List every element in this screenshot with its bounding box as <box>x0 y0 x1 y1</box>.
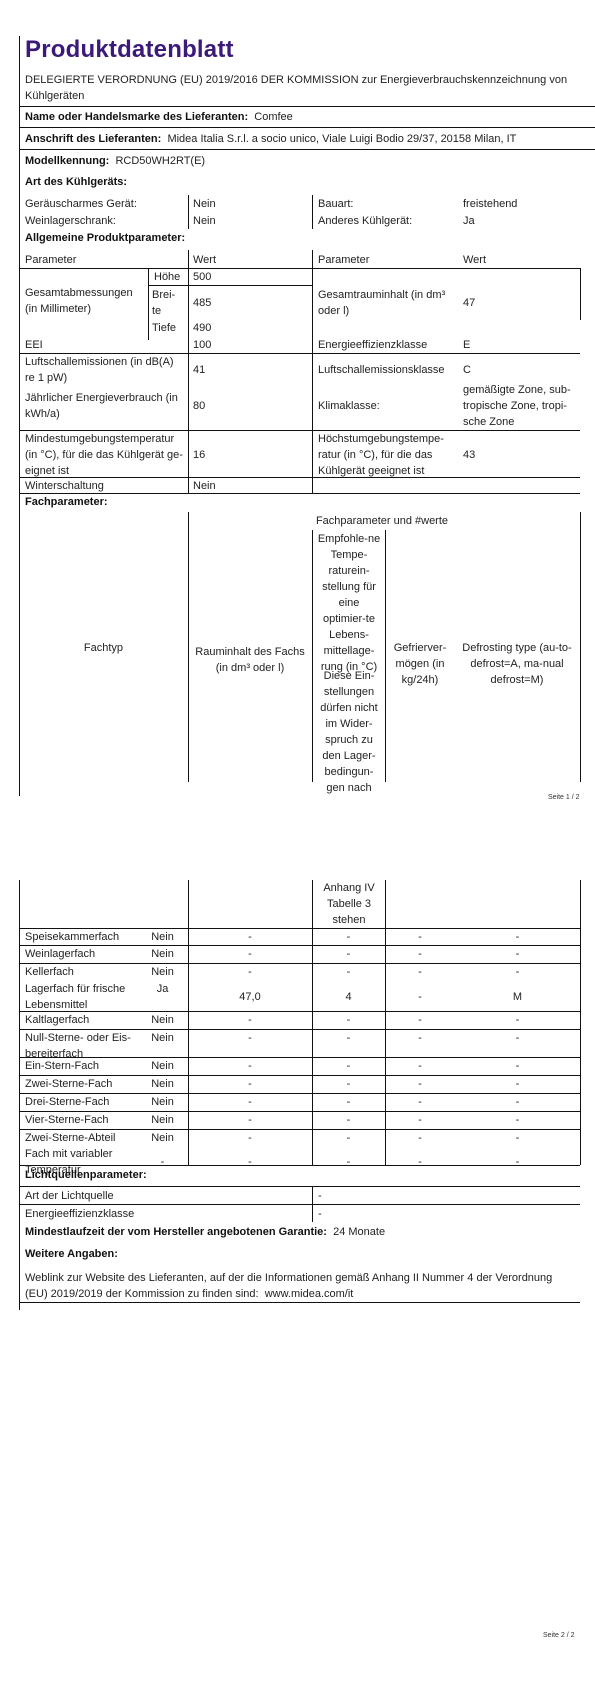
page2-footer: Seite 2 / 2 <box>543 1628 575 1644</box>
divider <box>19 1302 580 1303</box>
winter-value: Nein <box>193 478 216 494</box>
compartment-freeze: - <box>385 1130 455 1146</box>
height-value: 500 <box>193 269 211 285</box>
group-header: Fachparameter und #werte <box>312 513 452 529</box>
model-row: Modellkennung: RCD50WH2RT(E) <box>25 153 205 169</box>
divider <box>385 530 386 782</box>
compartment-temp: - <box>312 1030 385 1046</box>
compartment-present: Nein <box>140 1094 185 1110</box>
compartment-volume: - <box>188 964 312 980</box>
further-text: Weblink zur Website des Lieferanten, auf… <box>25 1270 573 1302</box>
compartment-volume: - <box>188 1076 312 1092</box>
warranty-value: 24 Monate <box>333 1226 385 1238</box>
col-temp-part3: Anhang IV Tabelle 3 stehen <box>316 880 382 928</box>
divider <box>19 106 595 107</box>
divider <box>188 250 189 493</box>
col-value: Wert <box>193 252 216 268</box>
divider <box>19 149 595 150</box>
compartment-name: Ein-Stern-Fach <box>25 1058 140 1074</box>
divider <box>19 268 580 269</box>
supplier-weblink[interactable]: www.midea.com/it <box>265 1288 354 1300</box>
compartment-freeze: - <box>385 964 455 980</box>
compartment-present: Nein <box>140 1012 185 1028</box>
depth-value: 490 <box>193 320 211 336</box>
col-volume: Rauminhalt des Fachs (in dm³ oder l) <box>192 644 308 676</box>
compartment-volume: - <box>188 946 312 962</box>
compartment-present: Nein <box>140 929 185 945</box>
compartment-name: Kaltlagerfach <box>25 1012 140 1028</box>
page-title: Produktdatenblatt <box>25 36 234 64</box>
model-label: Modellkennung: <box>25 155 109 167</box>
compartment-temp: 4 <box>312 989 385 1005</box>
compartment-defrost: - <box>455 1058 580 1074</box>
compartment-name: Zwei-Sterne-Abteil <box>25 1130 140 1146</box>
divider <box>312 250 313 493</box>
compartment-temp: - <box>312 1094 385 1110</box>
divider <box>580 512 581 782</box>
compartment-volume: - <box>188 1112 312 1128</box>
compartment-freeze: - <box>385 1076 455 1092</box>
col-freeze: Gefrierver-mögen (in kg/24h) <box>389 640 451 688</box>
compartment-defrost: - <box>455 1112 580 1128</box>
divider <box>312 195 313 229</box>
winter-label: Winterschaltung <box>25 478 104 494</box>
total-volume-value: 47 <box>463 295 475 311</box>
compartment-name: Zwei-Sterne-Fach <box>25 1076 140 1092</box>
compartments-heading: Fachparameter: <box>25 494 108 510</box>
compartment-defrost: - <box>455 1094 580 1110</box>
light-class-label: Energieeffizienzklasse <box>25 1206 134 1222</box>
model-value: RCD50WH2RT(E) <box>115 155 205 167</box>
page1-footer: Seite 1 / 2 <box>548 790 580 806</box>
compartment-freeze: - <box>385 946 455 962</box>
energy-class-label: Energieeffizienzklasse <box>318 337 427 353</box>
compartment-present: Ja <box>140 981 185 997</box>
compartment-defrost: - <box>455 929 580 945</box>
compartment-volume: - <box>188 929 312 945</box>
compartment-present: Nein <box>140 946 185 962</box>
compartment-volume: - <box>188 1094 312 1110</box>
divider <box>148 268 149 340</box>
compartment-present: Nein <box>140 1058 185 1074</box>
width-label: Brei-te <box>152 287 182 319</box>
compartment-freeze: - <box>385 929 455 945</box>
noise-class-value: C <box>463 362 471 378</box>
energy-class-value: E <box>463 337 470 353</box>
compartment-temp: - <box>312 1058 385 1074</box>
light-type-value: - <box>318 1188 322 1204</box>
compartment-volume: - <box>188 1030 312 1046</box>
total-volume-label: Gesamtrauminhalt (in dm³ oder l) <box>318 287 458 319</box>
compartment-name: Drei-Sterne-Fach <box>25 1094 140 1110</box>
compartment-volume: - <box>188 1154 312 1170</box>
wine-label: Weinlagerschrank: <box>25 213 116 229</box>
page1-left-border <box>19 36 20 796</box>
width-value: 485 <box>193 295 211 311</box>
other-value: Ja <box>463 213 475 229</box>
compartment-present: Nein <box>140 1112 185 1128</box>
compartment-temp: - <box>312 1130 385 1146</box>
light-type-label: Art der Lichtquelle <box>25 1188 114 1204</box>
noise-class-label: Luftschallemissionsklasse <box>318 362 445 378</box>
compartment-freeze: - <box>385 1112 455 1128</box>
compartment-freeze: - <box>385 1058 455 1074</box>
compartment-temp: - <box>312 1154 385 1170</box>
col-type: Fachtyp <box>19 640 188 656</box>
climate-value: gemäßigte Zone, sub-tropische Zone, trop… <box>463 382 578 430</box>
divider <box>580 880 581 1165</box>
compartment-volume: - <box>188 1012 312 1028</box>
compartment-defrost: - <box>455 1030 580 1046</box>
divider <box>188 512 189 782</box>
light-class-value: - <box>318 1206 322 1222</box>
col-param: Parameter <box>25 252 76 268</box>
compartment-temp: - <box>312 1012 385 1028</box>
compartment-defrost: - <box>455 1012 580 1028</box>
address-value: Midea Italia S.r.l. a socio unico, Viale… <box>167 133 516 145</box>
supplier-value: Comfee <box>254 111 293 123</box>
compartment-name: Lagerfach für frische Lebensmittel <box>25 981 140 1013</box>
divider <box>19 1186 580 1187</box>
col-temp-part1: Empfohle-ne Tempe-raturein-stellung für … <box>316 531 382 675</box>
compartment-name: Kellerfach <box>25 964 140 980</box>
design-label: Bauart: <box>318 196 353 212</box>
compartment-freeze: - <box>385 1030 455 1046</box>
compartment-volume: - <box>188 1130 312 1146</box>
compartment-volume: 47,0 <box>188 989 312 1005</box>
compartment-freeze: - <box>385 1154 455 1170</box>
eei-value: 100 <box>193 337 211 353</box>
annual-label: Jährlicher Energieverbrauch (in kWh/a) <box>25 390 185 422</box>
compartment-temp: - <box>312 1112 385 1128</box>
divider <box>19 1204 580 1205</box>
compartment-present: Nein <box>140 964 185 980</box>
compartment-present: Nein <box>140 1030 185 1046</box>
max-temp-label: Höchstumgebungstempe-ratur (in °C), für … <box>318 431 458 479</box>
compartment-freeze: - <box>385 1094 455 1110</box>
supplier-label: Name oder Handelsmarke des Lieferanten: <box>25 111 248 123</box>
max-temp-value: 43 <box>463 447 475 463</box>
compartment-name: Speisekammerfach <box>25 929 140 945</box>
compartment-defrost: - <box>455 1076 580 1092</box>
compartment-temp: - <box>312 1076 385 1092</box>
compartment-volume: - <box>188 1058 312 1074</box>
quiet-label: Geräuscharmes Gerät: <box>25 196 137 212</box>
divider <box>148 285 312 286</box>
compartment-present: Nein <box>140 1130 185 1146</box>
col-value-2: Wert <box>463 252 486 268</box>
quiet-value: Nein <box>193 196 216 212</box>
compartment-defrost: - <box>455 1130 580 1146</box>
compartment-defrost: - <box>455 946 580 962</box>
col-temp-part2: Diese Ein-stellungen dürfen nicht im Wid… <box>316 668 382 796</box>
regulation-text: DELEGIERTE VERORDNUNG (EU) 2019/2016 DER… <box>25 72 570 104</box>
other-label: Anderes Kühlgerät: <box>318 213 412 229</box>
compartment-present: - <box>140 1154 185 1170</box>
compartment-defrost: M <box>455 989 580 1005</box>
compartment-name: Weinlagerfach <box>25 946 140 962</box>
light-heading: Lichtquellenparameter: <box>25 1167 147 1183</box>
divider <box>580 268 581 320</box>
dims-label: Gesamtabmessungen (in Millimeter) <box>25 285 145 317</box>
min-temp-label: Mindestumgebungstemperatur (in °C), für … <box>25 431 185 479</box>
compartment-temp: - <box>312 946 385 962</box>
warranty-label: Mindestlaufzeit der vom Hersteller angeb… <box>25 1226 327 1238</box>
compartment-freeze: - <box>385 1012 455 1028</box>
height-label: Höhe <box>154 269 180 285</box>
general-heading: Allgemeine Produktparameter: <box>25 230 185 246</box>
supplier-row: Name oder Handelsmarke des Lieferanten: … <box>25 109 293 125</box>
design-value: freistehend <box>463 196 517 212</box>
further-heading: Weitere Angaben: <box>25 1246 118 1262</box>
depth-label: Tiefe <box>152 320 176 336</box>
noise-value: 41 <box>193 362 205 378</box>
climate-label: Klimaklasse: <box>318 398 380 414</box>
wine-value: Nein <box>193 213 216 229</box>
noise-label: Luftschallemissionen (in dB(A) re 1 pW) <box>25 354 175 386</box>
col-param-2: Parameter <box>318 252 369 268</box>
eei-label: EEI <box>25 337 43 353</box>
compartment-temp: - <box>312 929 385 945</box>
compartment-present: Nein <box>140 1076 185 1092</box>
divider <box>19 127 595 128</box>
address-label: Anschrift des Lieferanten: <box>25 133 161 145</box>
min-temp-value: 16 <box>193 447 205 463</box>
compartment-defrost: - <box>455 964 580 980</box>
divider <box>312 530 313 782</box>
compartment-defrost: - <box>455 1154 580 1170</box>
compartment-name: Vier-Sterne-Fach <box>25 1112 140 1128</box>
col-defrost: Defrosting type (au-to-defrost=A, ma-nua… <box>458 640 576 688</box>
appliance-type-heading: Art des Kühlgeräts: <box>25 174 127 190</box>
compartment-freeze: - <box>385 989 455 1005</box>
divider <box>188 195 189 229</box>
warranty-row: Mindestlaufzeit der vom Hersteller angeb… <box>25 1224 385 1240</box>
compartment-temp: - <box>312 964 385 980</box>
address-row: Anschrift des Lieferanten: Midea Italia … <box>25 131 516 147</box>
annual-value: 80 <box>193 398 205 414</box>
